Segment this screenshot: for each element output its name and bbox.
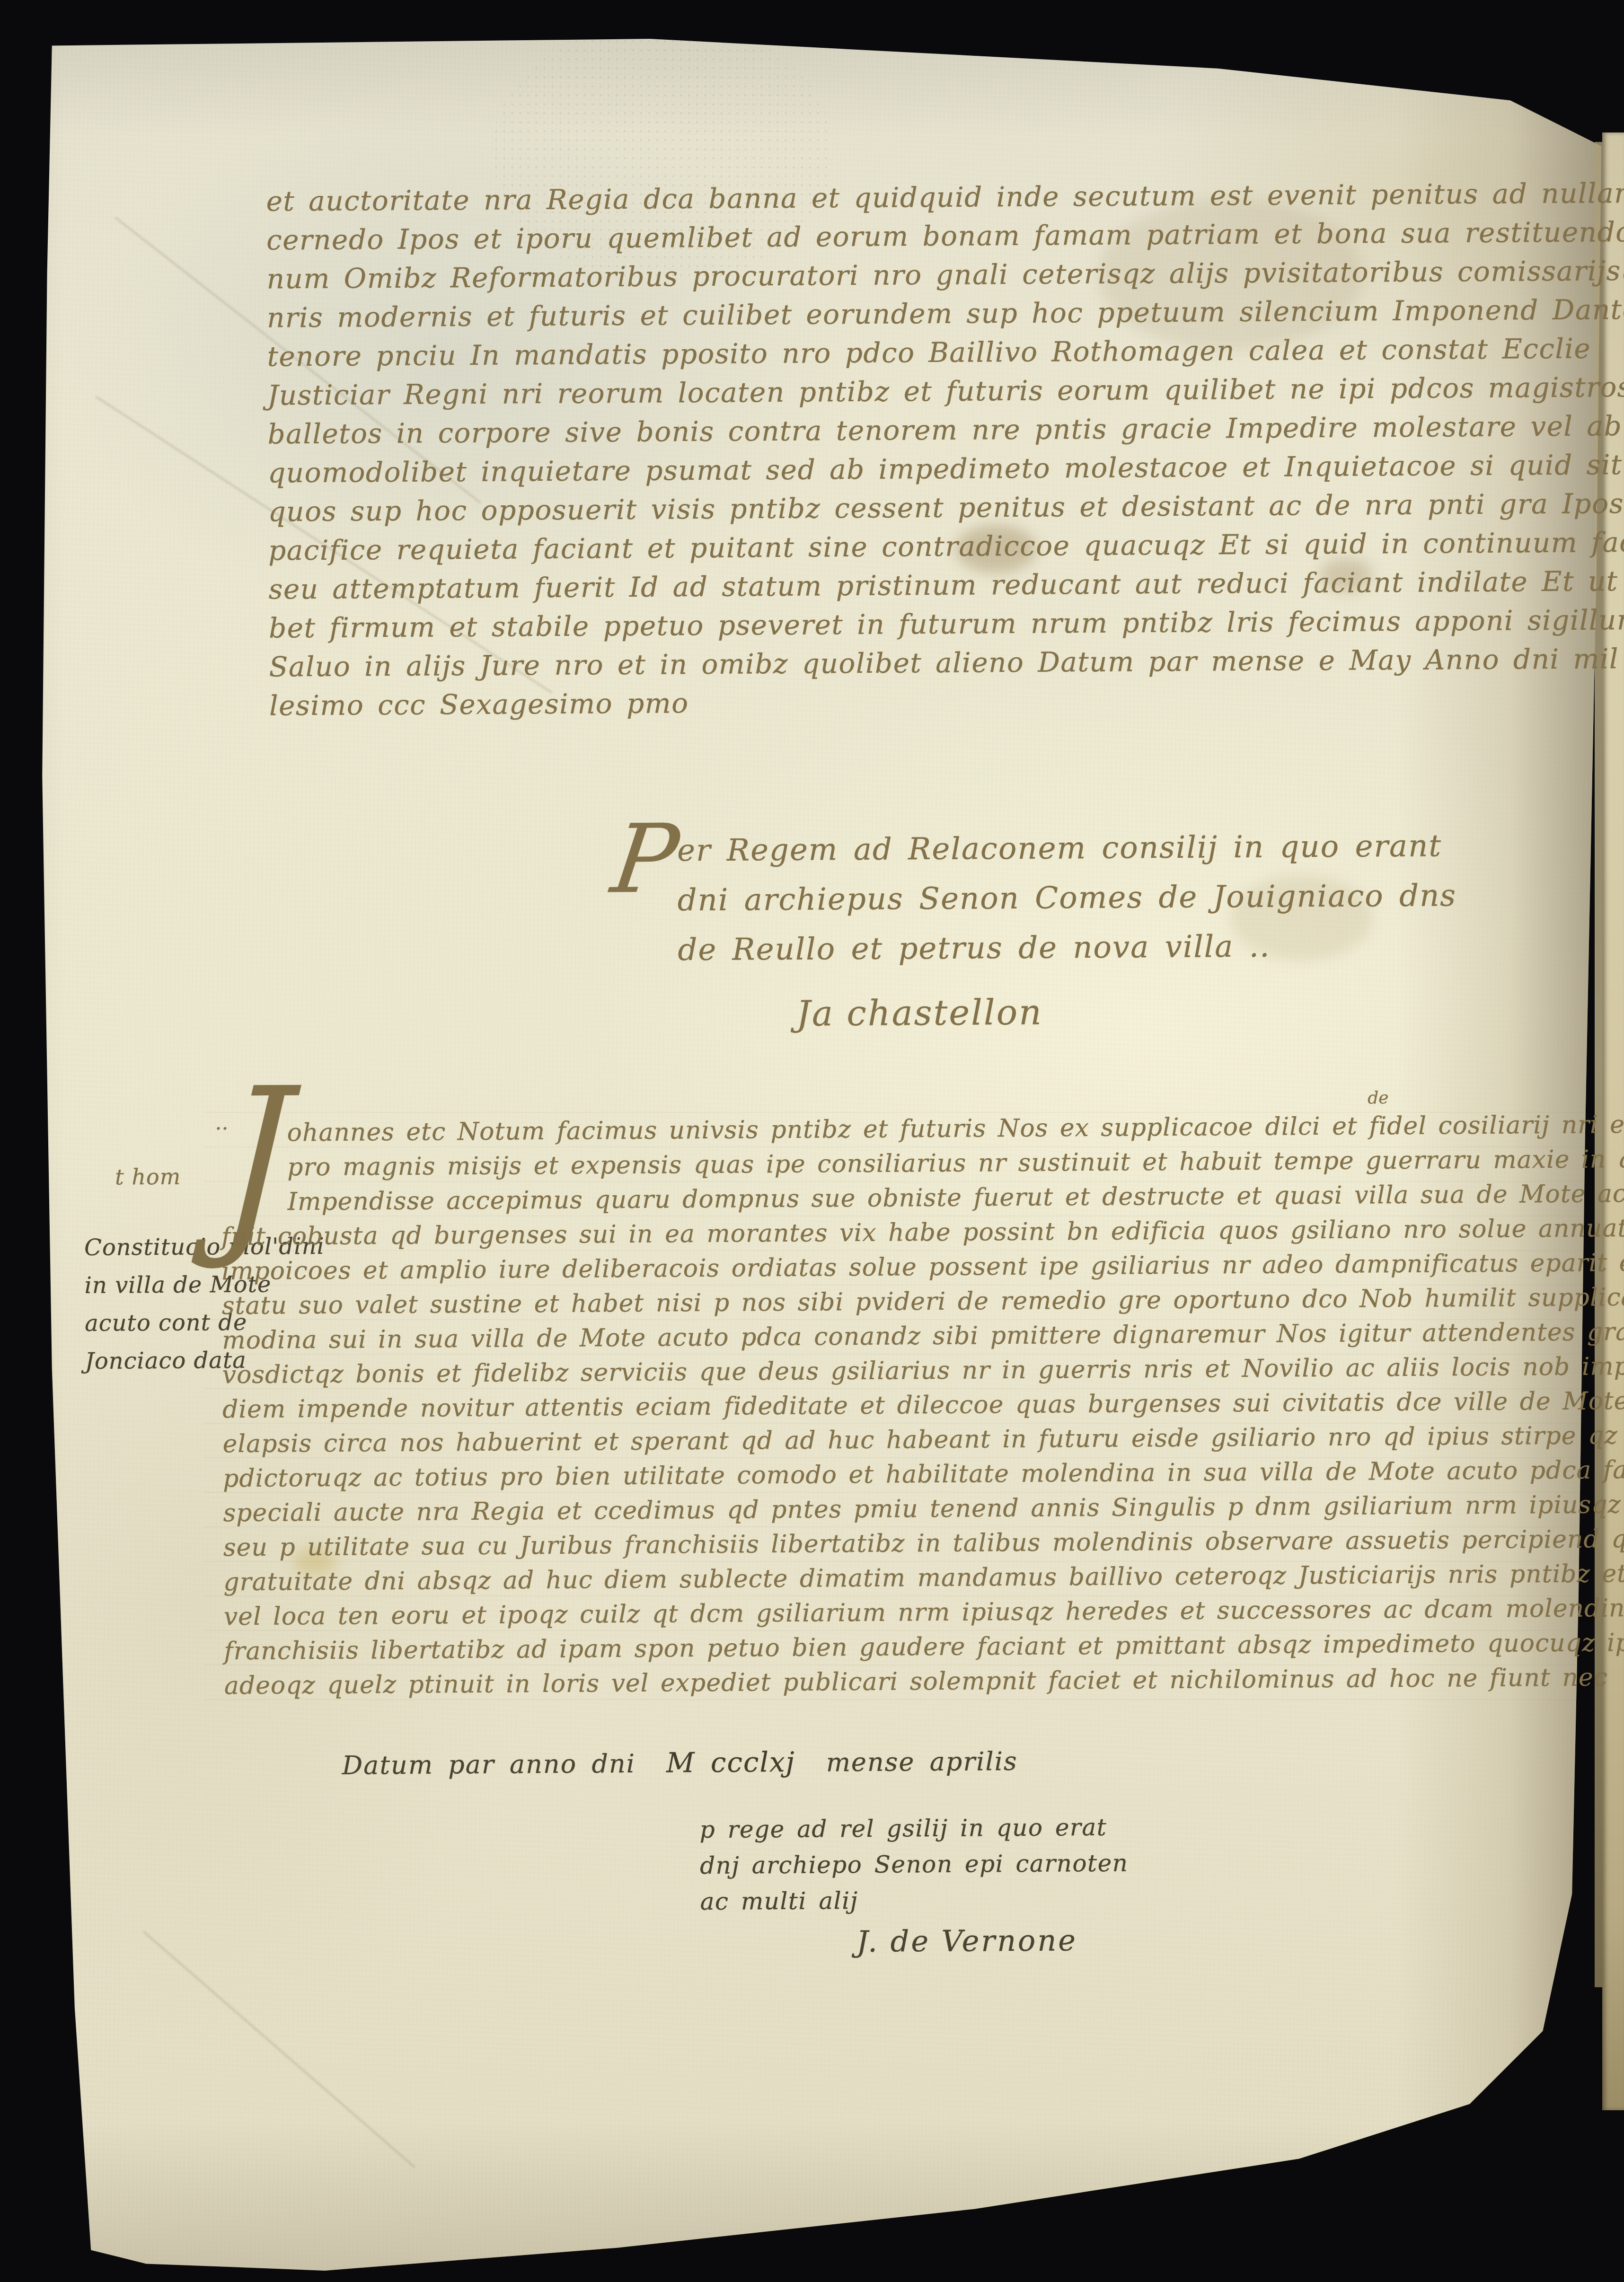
- manuscript-line: ac multi alij: [700, 1881, 1129, 1920]
- superscript-de: de: [1368, 1088, 1389, 1108]
- datum-prefix: Datum par anno dni: [342, 1749, 635, 1780]
- page-content: et auctoritate nra Regia dca banna et qu…: [0, 0, 1624, 2282]
- subscription1-block: er Regem ad Relaconem consilij in quo er…: [677, 821, 1457, 975]
- manuscript-line: dnj archiepo Senon epi carnoten: [700, 1845, 1129, 1884]
- subscription2-block: p rege ad rel gsilij in quo eratdnj arch…: [699, 1809, 1129, 1920]
- datum-line: Datum par anno dni M ccclxj mense aprili…: [342, 1745, 1018, 1781]
- manuscript-line: dni archiepus Senon Comes de Jouigniaco …: [677, 871, 1456, 925]
- manuscript-line: er Regem ad Relaconem consilij in quo er…: [677, 821, 1456, 876]
- margin-note-1: t hom: [115, 1164, 181, 1190]
- clerk-signature-2: J. de Vernone: [856, 1923, 1077, 1959]
- clerk-signature-1: Ja chastellon: [796, 992, 1043, 1034]
- datum-suffix: mense aprilis: [826, 1746, 1018, 1777]
- manuscript-photo: { "palette":{ "background":"#0a0a0c", "p…: [0, 0, 1624, 2282]
- manuscript-line: de Reullo et petrus de nova villa ..: [678, 921, 1457, 975]
- entry1-text-block: et auctoritate nra Regia dca banna et qu…: [266, 173, 1624, 725]
- entry2-text-block: ohannes etc Notum facimus univsis pntibz…: [221, 1105, 1624, 1703]
- datum-year: M ccclxj: [666, 1746, 795, 1779]
- manuscript-line: p rege ad rel gsilij in quo erat: [699, 1809, 1128, 1848]
- initial-P: P: [607, 812, 683, 907]
